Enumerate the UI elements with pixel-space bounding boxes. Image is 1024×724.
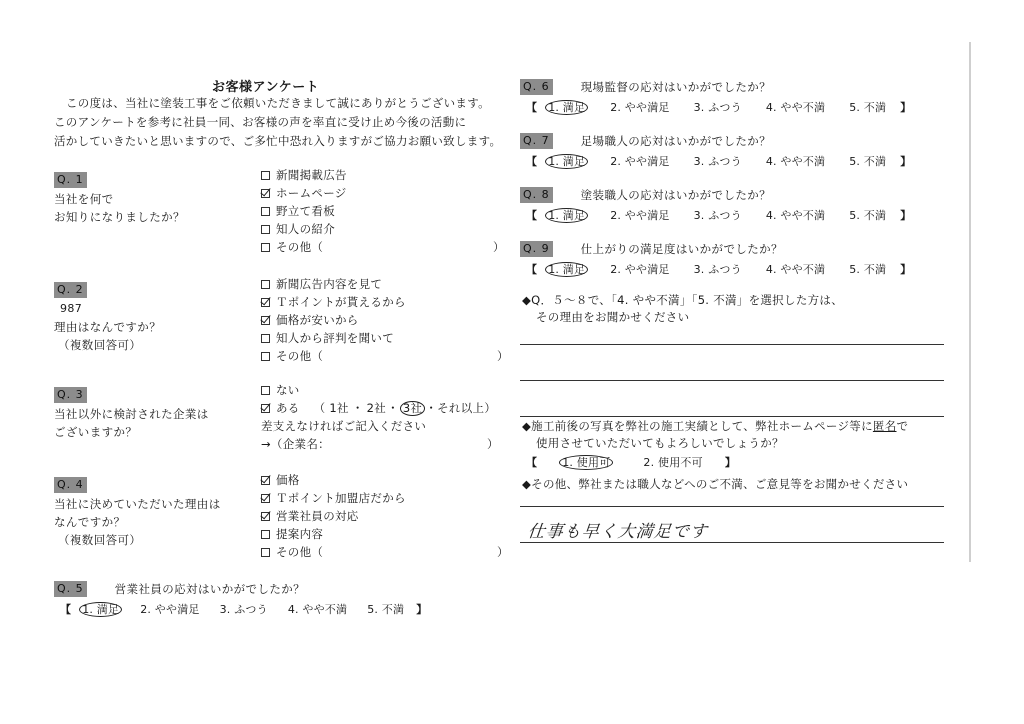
q9-scale: 【 1. 満足 2. やや満足 3. ふつう 4. やや不満 5. 不満 】 bbox=[526, 261, 911, 277]
q6-text: 現場監督の応対はいかがでしたか？ bbox=[581, 78, 771, 96]
q1-text: 当社を何で お知りになりましたか？ bbox=[54, 190, 185, 226]
scale-option[interactable]: 3. ふつう bbox=[220, 601, 268, 617]
checkbox-icon[interactable] bbox=[261, 225, 270, 234]
photo-option[interactable]: 2. 使用不可 bbox=[643, 454, 702, 471]
q4-option[interactable]: Ｔポイント加盟店だから bbox=[261, 489, 506, 507]
checkbox-icon[interactable] bbox=[261, 548, 270, 557]
scale-option[interactable]: 4. やや不満 bbox=[288, 601, 347, 617]
q1-options: 新聞掲載広告 ホームページ 野立て看板 知人の紹介 その他（） bbox=[261, 166, 506, 256]
count-more[interactable]: それ以上 bbox=[437, 399, 484, 417]
company-close-paren: ） bbox=[487, 435, 499, 453]
q3-option-none[interactable]: ない bbox=[261, 381, 506, 399]
q5-label: Q. 5 bbox=[54, 581, 87, 597]
option-label: ある bbox=[276, 399, 300, 417]
checkbox-icon[interactable] bbox=[261, 243, 270, 252]
q3-section: Q. 3 当社以外に検討された企業は ございますか？ bbox=[54, 383, 209, 441]
q2-label: Q. 2 bbox=[54, 282, 87, 298]
option-label: ホームページ bbox=[276, 184, 347, 202]
option-label: その他（ bbox=[276, 543, 323, 561]
checkbox-icon[interactable] bbox=[261, 530, 270, 539]
other-close-paren: ） bbox=[493, 238, 505, 256]
q7-scale: 【 1. 満足 2. やや満足 3. ふつう 4. やや不満 5. 不満 】 bbox=[526, 153, 911, 169]
q7-text: 足場職人の応対はいかがでしたか？ bbox=[581, 132, 771, 150]
q1-option[interactable]: 新聞掲載広告 bbox=[261, 166, 506, 184]
q3-text: 当社以外に検討された企業は ございますか？ bbox=[54, 405, 209, 441]
scale-option[interactable]: 3. ふつう bbox=[694, 261, 742, 277]
bracket-close: 】 bbox=[416, 601, 427, 617]
bracket-close: 】 bbox=[900, 153, 911, 169]
q8-label: Q. 8 bbox=[520, 187, 553, 203]
q2-option[interactable]: 価格が安いから bbox=[261, 311, 506, 329]
option-label: ない bbox=[276, 381, 300, 399]
option-label: Ｔポイントが貰えるから bbox=[276, 293, 406, 311]
other-question: ◆その他、弊社または職人などへのご不満、ご意見等をお聞かせください bbox=[522, 476, 908, 493]
intro-line-3: 活かしていきたいと思いますので、ご多忙中恐れ入りますがご協力お願い致します。 bbox=[54, 132, 501, 151]
bracket-close: 】 bbox=[900, 99, 911, 115]
q1-option[interactable]: 知人の紹介 bbox=[261, 220, 506, 238]
q2-option[interactable]: 新聞広告内容を見て bbox=[261, 275, 506, 293]
checkbox-icon[interactable] bbox=[261, 386, 270, 395]
other-answer-handwriting[interactable]: 仕事も早く大満足です bbox=[527, 517, 710, 542]
q1-option-other[interactable]: その他（） bbox=[261, 238, 506, 256]
bracket-open: 【 bbox=[526, 261, 537, 277]
q5-text: 営業社員の応対はいかがでしたか？ bbox=[115, 580, 305, 598]
bracket-close: 】 bbox=[900, 261, 911, 277]
q5-scale: 【 1. 満足 2. やや満足 3. ふつう 4. やや不満 5. 不満 】 bbox=[60, 601, 427, 617]
photo-line-1: ◆施工前後の写真を弊社の施工実績として、弊社ホームページ等に匿名で bbox=[522, 418, 908, 435]
other-close-paren: ） bbox=[497, 347, 509, 365]
option-label: 知人の紹介 bbox=[276, 220, 335, 238]
q3-company[interactable]: →（企業名：） bbox=[261, 435, 506, 453]
scale-option[interactable]: 5. 不満 bbox=[849, 153, 886, 169]
bracket-close: 】 bbox=[725, 454, 736, 471]
count-3-circled[interactable]: 3社 bbox=[400, 401, 425, 416]
q3-label: Q. 3 bbox=[54, 387, 87, 403]
scale-option[interactable]: 3. ふつう bbox=[694, 153, 742, 169]
q2-text-line-2: 理由はなんですか？ bbox=[54, 318, 161, 336]
photo-question: ◆施工前後の写真を弊社の施工実績として、弊社ホームページ等に匿名で 使用させてい… bbox=[522, 418, 908, 471]
q2-text-line-3: （複数回答可） bbox=[54, 336, 161, 354]
scale-option[interactable]: 4. やや不満 bbox=[766, 207, 825, 223]
scale-option[interactable]: 5. 不満 bbox=[849, 207, 886, 223]
q2-text: 987 理由はなんですか？ （複数回答可） bbox=[54, 300, 161, 354]
scale-option[interactable]: 5. 不満 bbox=[367, 601, 404, 617]
q4-option[interactable]: 価格 bbox=[261, 471, 506, 489]
q7-section: Q. 7 足場職人の応対はいかがでしたか？ 【 1. 満足 2. やや満足 3.… bbox=[520, 132, 911, 169]
reason-line-1: ◆Q．５～８で、「4. やや不満」「5. 不満」を選択した方は、 bbox=[522, 292, 843, 309]
option-label: 価格 bbox=[276, 471, 300, 489]
q6-section: Q. 6 現場監督の応対はいかがでしたか？ 【 1. 満足 2. やや満足 3.… bbox=[520, 78, 911, 115]
option-label: 営業社員の対応 bbox=[276, 507, 359, 525]
q9-label: Q. 9 bbox=[520, 241, 553, 257]
q1-label: Q. 1 bbox=[54, 172, 87, 188]
q4-section: Q. 4 当社に決めていただいた理由は なんですか？ （複数回答可） bbox=[54, 473, 221, 549]
q5-section: Q. 5 営業社員の応対はいかがでしたか？ 【 1. 満足 2. やや満足 3.… bbox=[54, 580, 427, 617]
option-label: その他（ bbox=[276, 347, 323, 365]
q2-text-line-1: 987 bbox=[54, 300, 161, 318]
q4-option-other[interactable]: その他（） bbox=[261, 543, 506, 561]
scale-option[interactable]: 5. 不満 bbox=[849, 261, 886, 277]
photo-scale: 【 1. 使用可 2. 使用不可 】 bbox=[522, 454, 908, 471]
company-prompt: →（企業名： bbox=[261, 435, 330, 453]
option-label: その他（ bbox=[276, 238, 323, 256]
q1-option[interactable]: 野立て看板 bbox=[261, 202, 506, 220]
other-answer-line-2[interactable] bbox=[520, 542, 944, 543]
scale-option-selected[interactable]: 1. 満足 bbox=[545, 262, 588, 277]
q8-scale: 【 1. 満足 2. やや満足 3. ふつう 4. やや不満 5. 不満 】 bbox=[526, 207, 911, 223]
q3-option-yes[interactable]: ある （ 1社・ 2社・ 3社・ それ以上 ） bbox=[261, 399, 506, 417]
survey-intro: この度は、当社に塗装工事をご依頼いただきまして誠にありがとうございます。 このア… bbox=[54, 94, 501, 151]
scale-option[interactable]: 2. やや満足 bbox=[610, 261, 669, 277]
q4-option[interactable]: 提案内容 bbox=[261, 525, 506, 543]
checkbox-checked-icon[interactable] bbox=[261, 494, 270, 503]
q4-option[interactable]: 営業社員の対応 bbox=[261, 507, 506, 525]
scale-option[interactable]: 2. やや満足 bbox=[610, 99, 669, 115]
q2-options: 新聞広告内容を見て Ｔポイントが貰えるから 価格が安いから 知人から評判を聞いて… bbox=[261, 275, 506, 365]
photo-line-1-text: ◆施工前後の写真を弊社の施工実績として、弊社ホームページ等に bbox=[522, 419, 873, 433]
scale-option-selected[interactable]: 1. 満足 bbox=[545, 154, 588, 169]
scale-option-selected[interactable]: 1. 満足 bbox=[545, 100, 588, 115]
photo-option-selected[interactable]: 1. 使用可 bbox=[559, 455, 613, 470]
bracket-open: 【 bbox=[526, 454, 537, 471]
checkbox-icon[interactable] bbox=[261, 171, 270, 180]
checkbox-checked-icon[interactable] bbox=[261, 512, 270, 521]
q9-text: 仕上がりの満足度はいかがでしたか？ bbox=[581, 240, 783, 258]
q4-label: Q. 4 bbox=[54, 477, 87, 493]
scale-option[interactable]: 3. ふつう bbox=[694, 99, 742, 115]
q1-text-line-2: お知りになりましたか？ bbox=[54, 208, 185, 226]
q4-text-line-2: なんですか？ bbox=[54, 513, 221, 531]
bracket-open: 【 bbox=[526, 207, 537, 223]
q3-text-line-1: 当社以外に検討された企業は bbox=[54, 405, 209, 423]
separator: ・ bbox=[352, 399, 364, 417]
scale-option[interactable]: 2. やや満足 bbox=[610, 153, 669, 169]
q1-option[interactable]: ホームページ bbox=[261, 184, 506, 202]
reason-line-2: その理由をお聞かせください bbox=[522, 309, 843, 326]
scale-option-selected[interactable]: 1. 満足 bbox=[79, 602, 122, 617]
count-open-paren: （ bbox=[314, 399, 326, 417]
checkbox-icon[interactable] bbox=[261, 352, 270, 361]
checkbox-checked-icon[interactable] bbox=[261, 404, 270, 413]
count-1[interactable]: 1社 bbox=[329, 399, 348, 417]
separator: ・ bbox=[425, 399, 437, 417]
q4-text: 当社に決めていただいた理由は なんですか？ （複数回答可） bbox=[54, 495, 221, 549]
scale-option[interactable]: 2. やや満足 bbox=[610, 207, 669, 223]
q4-text-line-1: 当社に決めていただいた理由は bbox=[54, 495, 221, 513]
checkbox-checked-icon[interactable] bbox=[261, 476, 270, 485]
anonymous-underlined: 匿名 bbox=[873, 419, 897, 433]
checkbox-checked-icon[interactable] bbox=[261, 316, 270, 325]
q4-options: 価格 Ｔポイント加盟店だから 営業社員の対応 提案内容 その他（） bbox=[261, 471, 506, 561]
reason-answer-line-1[interactable] bbox=[520, 344, 944, 345]
q2-option[interactable]: 知人から評判を聞いて bbox=[261, 329, 506, 347]
count-2[interactable]: 2社 bbox=[367, 399, 386, 417]
q1-section: Q. 1 当社を何で お知りになりましたか？ bbox=[54, 168, 185, 226]
scale-option[interactable]: 3. ふつう bbox=[694, 207, 742, 223]
checkbox-icon[interactable] bbox=[261, 207, 270, 216]
q4-text-line-3: （複数回答可） bbox=[54, 531, 221, 549]
photo-line-2: 使用させていただいてもよろしいでしょうか？ bbox=[522, 435, 908, 452]
reason-answer-line-2[interactable] bbox=[520, 380, 944, 381]
scale-option[interactable]: 4. やや不満 bbox=[766, 99, 825, 115]
intro-line-2: このアンケートを参考に社員一同、お客様の声を率直に受け止め今後の活動に bbox=[54, 113, 501, 132]
count-close-paren: ） bbox=[484, 399, 496, 417]
other-close-paren: ） bbox=[497, 543, 509, 561]
bracket-open: 【 bbox=[526, 99, 537, 115]
option-label: 価格が安いから bbox=[276, 311, 359, 329]
scale-option[interactable]: 5. 不満 bbox=[849, 99, 886, 115]
bracket-close: 】 bbox=[900, 207, 911, 223]
intro-line-1: この度は、当社に塗装工事をご依頼いただきまして誠にありがとうございます。 bbox=[54, 94, 501, 113]
scale-option[interactable]: 4. やや不満 bbox=[766, 153, 825, 169]
option-label: Ｔポイント加盟店だから bbox=[276, 489, 406, 507]
q9-section: Q. 9 仕上がりの満足度はいかがでしたか？ 【 1. 満足 2. やや満足 3… bbox=[520, 240, 911, 277]
option-label: 野立て看板 bbox=[276, 202, 335, 220]
q2-option[interactable]: Ｔポイントが貰えるから bbox=[261, 293, 506, 311]
q6-label: Q. 6 bbox=[520, 79, 553, 95]
divider-line bbox=[520, 416, 944, 417]
reason-question: ◆Q．５～８で、「4. やや不満」「5. 不満」を選択した方は、 その理由をお聞… bbox=[522, 292, 843, 326]
page-edge-line bbox=[969, 42, 971, 562]
option-label: 新聞広告内容を見て bbox=[276, 275, 382, 293]
checkbox-icon[interactable] bbox=[261, 334, 270, 343]
separator: ・ bbox=[387, 399, 399, 417]
q3-text-line-2: ございますか？ bbox=[54, 423, 209, 441]
scale-option[interactable]: 2. やや満足 bbox=[140, 601, 199, 617]
bracket-open: 【 bbox=[60, 601, 71, 617]
q8-text: 塗装職人の応対はいかがでしたか？ bbox=[581, 186, 771, 204]
survey-title: お客様アンケート bbox=[212, 76, 319, 95]
option-label: 提案内容 bbox=[276, 525, 323, 543]
q2-section: Q. 2 987 理由はなんですか？ （複数回答可） bbox=[54, 278, 161, 354]
checkbox-checked-icon[interactable] bbox=[261, 189, 270, 198]
bracket-open: 【 bbox=[526, 153, 537, 169]
option-label: 知人から評判を聞いて bbox=[276, 329, 394, 347]
scale-option[interactable]: 4. やや不満 bbox=[766, 261, 825, 277]
other-answer-line-1[interactable] bbox=[520, 506, 944, 507]
q3-note: 差支えなければご記入ください bbox=[261, 417, 506, 435]
photo-line-1-end: で bbox=[897, 419, 909, 433]
q8-section: Q. 8 塗装職人の応対はいかがでしたか？ 【 1. 満足 2. やや満足 3.… bbox=[520, 186, 911, 223]
checkbox-icon[interactable] bbox=[261, 280, 270, 289]
q3-options: ない ある （ 1社・ 2社・ 3社・ それ以上 ） 差支えなければご記入くださ… bbox=[261, 381, 506, 453]
q6-scale: 【 1. 満足 2. やや満足 3. ふつう 4. やや不満 5. 不満 】 bbox=[526, 99, 911, 115]
checkbox-checked-icon[interactable] bbox=[261, 298, 270, 307]
option-label: 新聞掲載広告 bbox=[276, 166, 347, 184]
q1-text-line-1: 当社を何で bbox=[54, 190, 185, 208]
q7-label: Q. 7 bbox=[520, 133, 553, 149]
scale-option-selected[interactable]: 1. 満足 bbox=[545, 208, 588, 223]
q2-option-other[interactable]: その他（） bbox=[261, 347, 506, 365]
